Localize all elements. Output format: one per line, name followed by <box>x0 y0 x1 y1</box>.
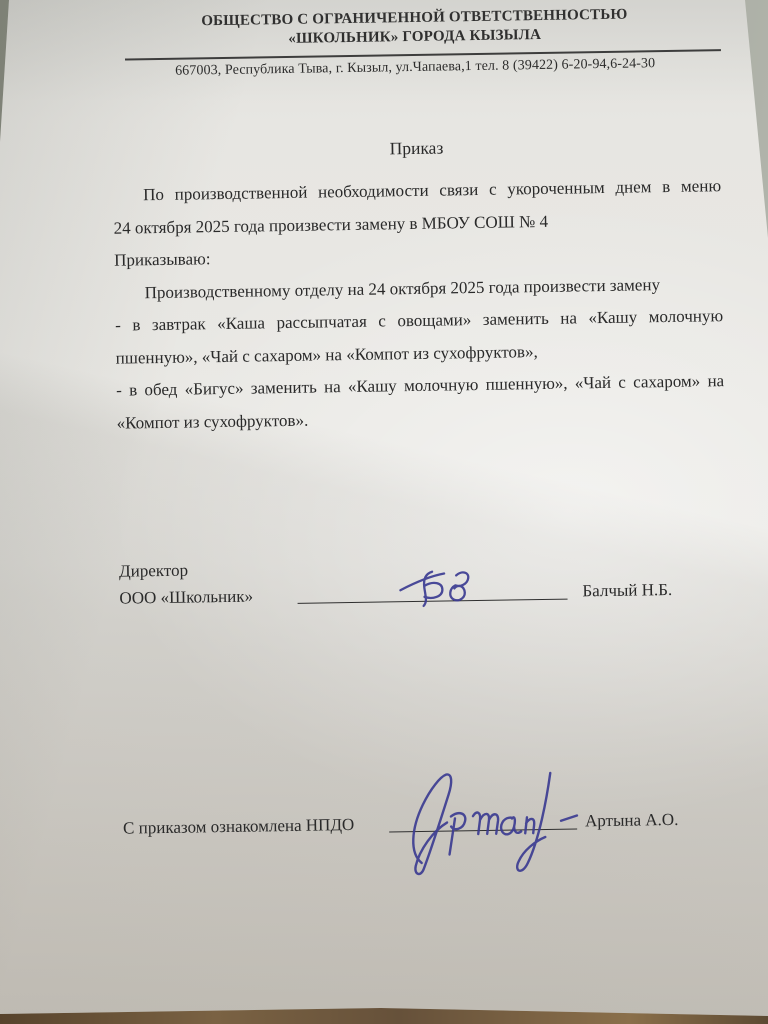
document-page: ОБЩЕСТВО С ОГРАНИЧЕННОЙ ОТВЕТСТВЕННОСТЬЮ… <box>0 0 768 1024</box>
order-body: По производственной необходимости связи … <box>113 170 725 440</box>
director-signature-row: Директор ООО «Школьник» Балчый Н.Б. <box>119 548 728 612</box>
acknowledgement-signature-ink <box>390 764 582 877</box>
director-signature-ink <box>392 562 505 612</box>
acknowledgement-row: С приказом ознакомлена НПДО <box>123 805 731 842</box>
acknowledgement-signature-line <box>389 828 577 832</box>
director-name: Балчый Н.Б. <box>582 576 672 604</box>
document-title: Приказ <box>112 133 720 164</box>
acknowledgement-label: С приказом ознакомлена НПДО <box>123 810 389 841</box>
acknowledger-name: Артына А.О. <box>585 806 679 834</box>
director-role: Директор ООО «Школьник» <box>119 555 298 612</box>
director-role-line2: ООО «Школьник» <box>119 582 297 612</box>
photo-scene: ОБЩЕСТВО С ОГРАНИЧЕННОЙ ОТВЕТСТВЕННОСТЬЮ… <box>0 0 768 1024</box>
director-role-line1: Директор <box>119 555 297 585</box>
document-content: ОБЩЕСТВО С ОГРАНИЧЕННОЙ ОТВЕТСТВЕННОСТЬЮ… <box>110 0 731 842</box>
director-signature-line <box>298 599 568 604</box>
org-header: ОБЩЕСТВО С ОГРАНИЧЕННОЙ ОТВЕТСТВЕННОСТЬЮ… <box>110 0 719 52</box>
